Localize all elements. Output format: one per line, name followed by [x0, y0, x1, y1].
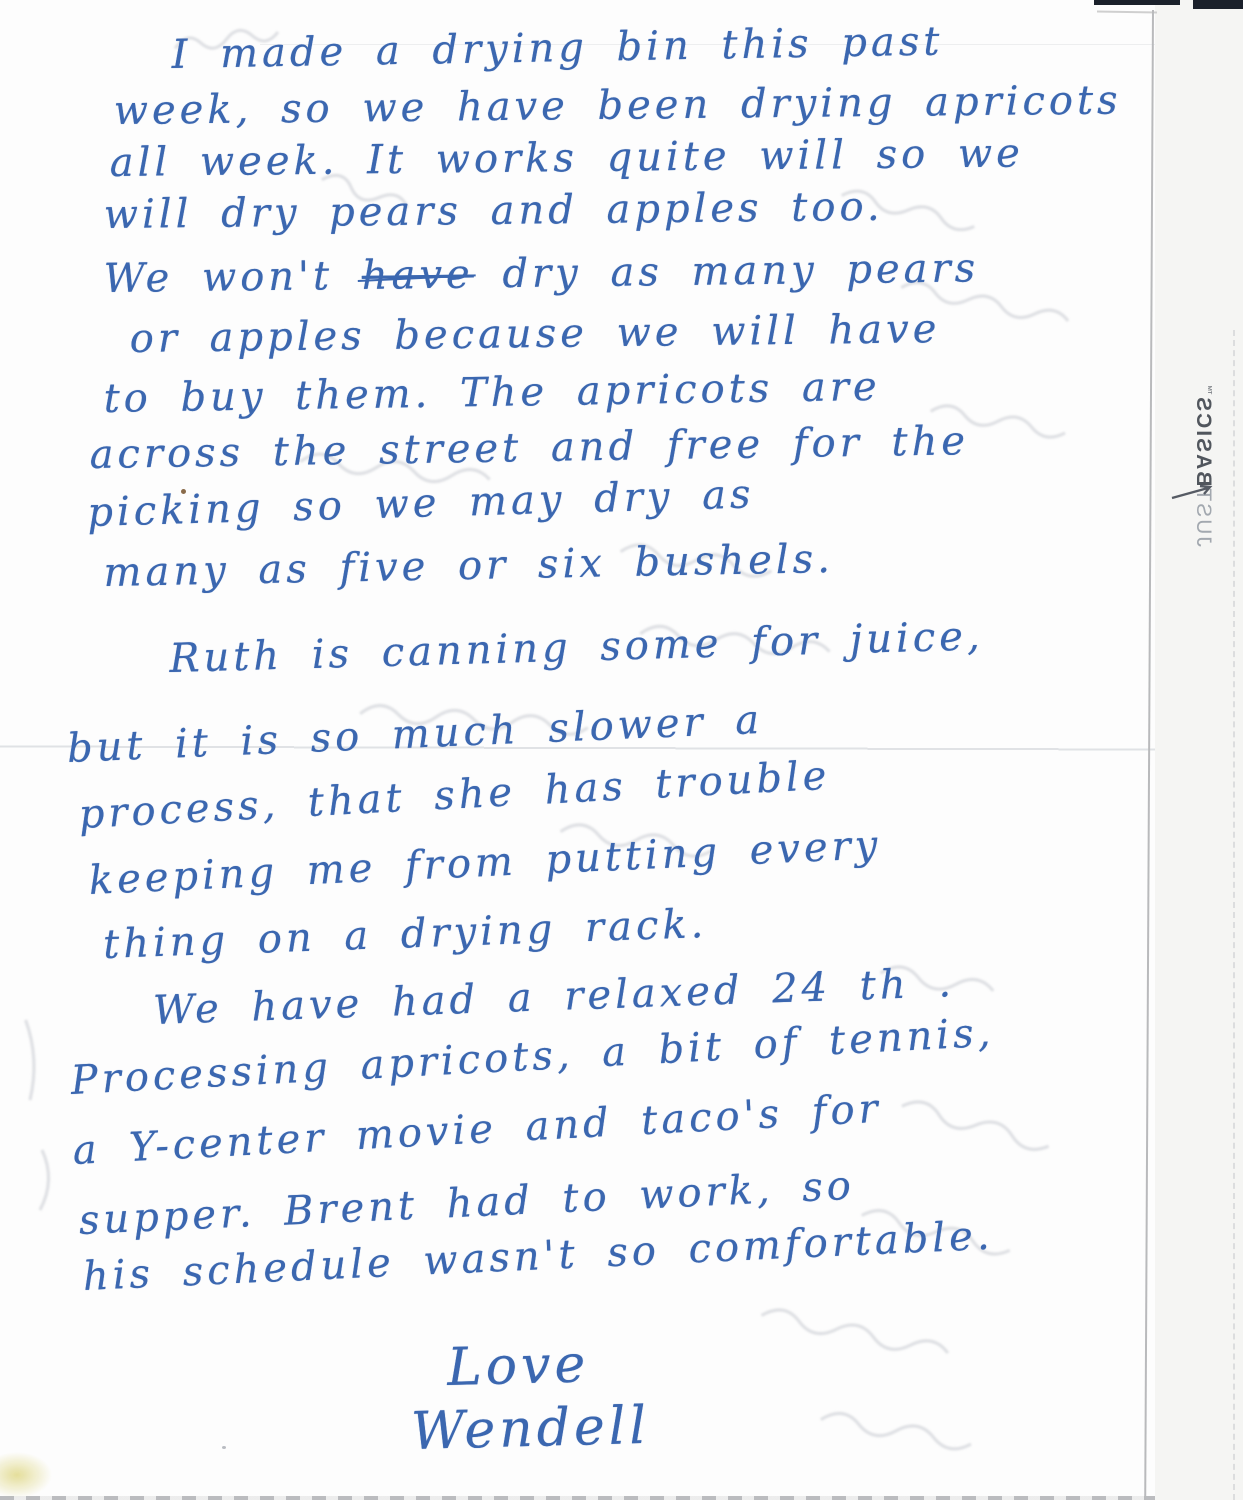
- scan-dashed-artifact: [1233, 330, 1235, 1500]
- backing-brand-label: JUSTBASICS™: [1180, 380, 1226, 550]
- handwritten-line: keeping me from putting every: [88, 822, 882, 904]
- handwritten-line-with-strikethrough: We won't have dry as many pears: [103, 245, 979, 302]
- scanner-edge-strip: [1094, 0, 1180, 5]
- handwritten-line: I made a drying bin this past: [171, 19, 944, 78]
- line-post-text: dry as many pears: [473, 245, 979, 297]
- handwritten-line: many as five or six bushels.: [103, 536, 834, 596]
- backing-sheet-corner-edge: [1097, 10, 1157, 13]
- struck-word: have: [362, 251, 474, 298]
- signature-wendell: Wendell: [410, 1396, 650, 1462]
- handwritten-line: a Y-center movie and taco's for: [72, 1086, 883, 1174]
- handwritten-line: picking so we may dry as: [87, 471, 755, 536]
- handwritten-line: across the street and free for the: [89, 418, 969, 478]
- scan-bottom-edge: [0, 1496, 1243, 1500]
- handwritten-line: thing on a drying rack.: [102, 901, 708, 968]
- handwritten-line: or apples because we will have: [129, 306, 940, 362]
- backing-sheet: [1155, 0, 1243, 1500]
- letter-page: I made a drying bin this past week, so w…: [0, 0, 1243, 1500]
- brand-text-mirrored: JUSTBASICS™: [1191, 383, 1215, 547]
- handwritten-line: to buy them. The apricots are: [103, 364, 881, 422]
- handwritten-line: all week. It works quite will so we: [110, 130, 1025, 186]
- paper-speck: [222, 1446, 226, 1449]
- brand-basics: BASICS: [1192, 395, 1215, 486]
- line-pre-text: We won't: [103, 253, 362, 302]
- pen-scribble-mark: [1170, 482, 1218, 504]
- letter-page-right-edge: [1144, 10, 1154, 1500]
- handwritten-line: week, so we have been drying apricots: [114, 77, 1122, 134]
- handwritten-line: Ruth is canning some for juice,: [169, 613, 984, 682]
- closing-love: Love: [446, 1334, 590, 1398]
- handwritten-line: will dry pears and apples too.: [104, 184, 884, 238]
- yellow-smudge: [0, 1452, 52, 1498]
- trademark-symbol: ™: [1202, 383, 1213, 395]
- scanner-edge-strip: [1193, 0, 1243, 9]
